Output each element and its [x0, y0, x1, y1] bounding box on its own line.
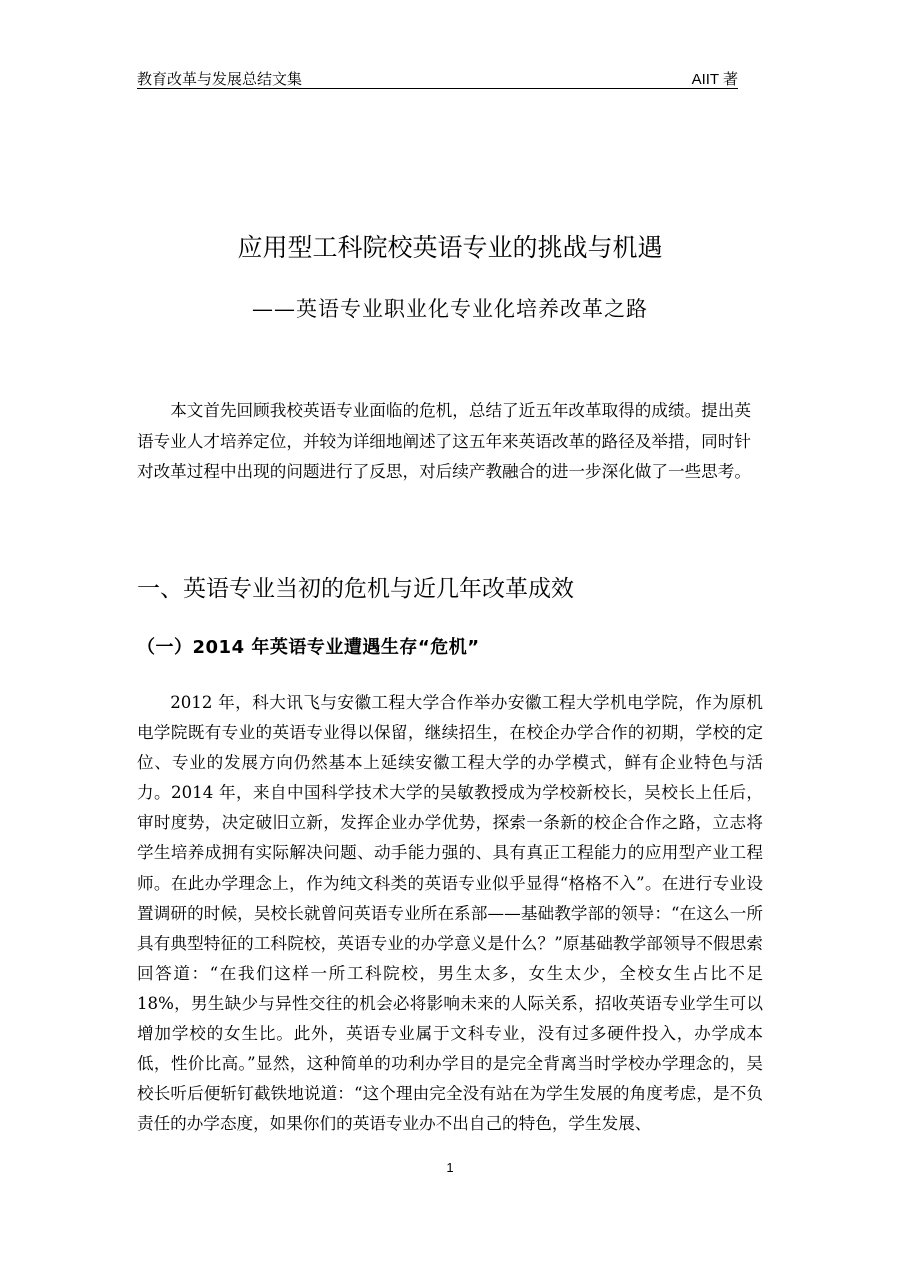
section-heading: 一、英语专业当初的危机与近几年改革成效	[137, 570, 574, 603]
page-header: 教育改革与发展总结文集 AIIT 著	[137, 66, 738, 89]
body-paragraph: 2012 年，科大讯飞与安徽工程大学合作举办安徽工程大学机电学院，作为原机电学院…	[137, 688, 763, 1139]
header-author: AIIT 著	[692, 68, 738, 89]
document-subtitle: ——英语专业职业化专业化培养改革之路	[0, 293, 900, 323]
abstract-paragraph: 本文首先回顾我校英语专业面临的危机，总结了近五年改革取得的成绩。提出英语专业人才…	[137, 396, 757, 488]
document-title: 应用型工科院校英语专业的挑战与机遇	[0, 228, 900, 264]
header-collection-title: 教育改革与发展总结文集	[137, 68, 302, 89]
page-number: 1	[0, 1160, 900, 1175]
subsection-heading: （一）2014 年英语专业遭遇生存“危机”	[137, 633, 480, 659]
